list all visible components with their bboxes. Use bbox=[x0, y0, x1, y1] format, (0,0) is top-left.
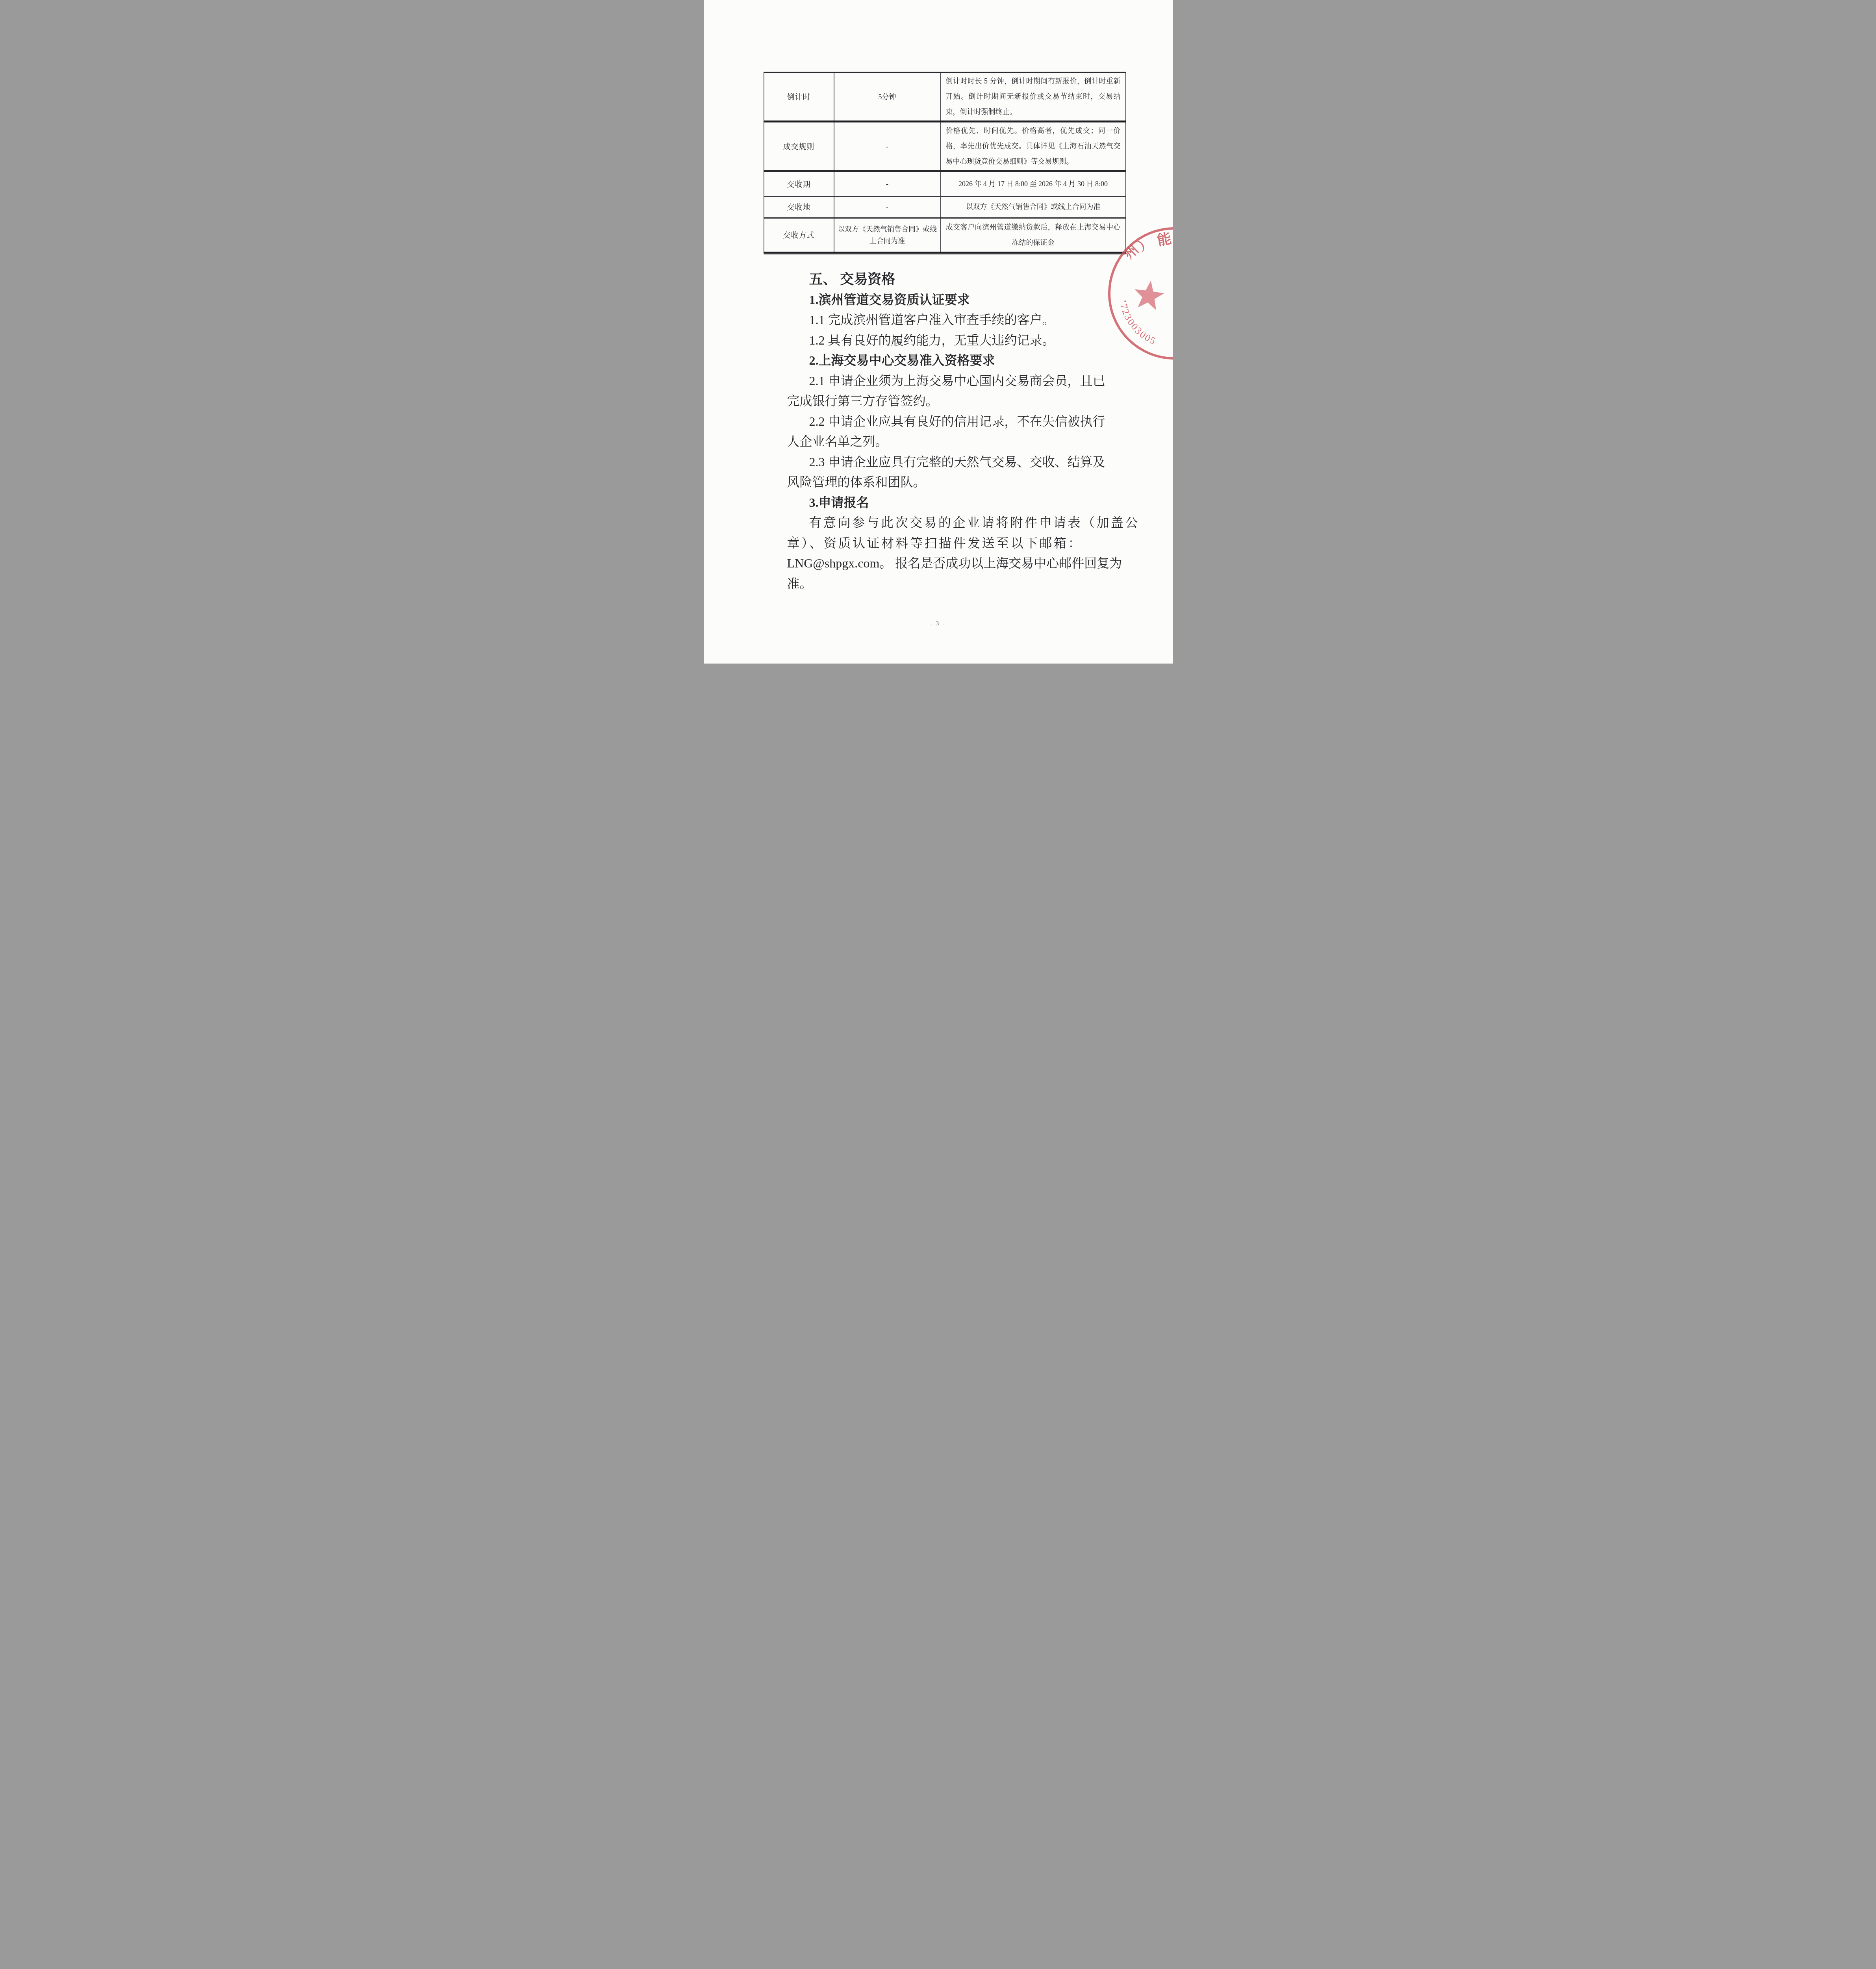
table-row: 交收方式以双方《天然气销售合同》或线上合同为准成交客户向滨州管道缴纳货款后，释放… bbox=[764, 218, 1126, 252]
body-line: 风险管理的体系和团队。 bbox=[787, 472, 1116, 493]
body-line: 1.1 完成滨州管道客户准入审查手续的客户。 bbox=[787, 310, 1116, 330]
seal-top-char: ） bbox=[1135, 235, 1154, 254]
table-cell-detail: 倒计时时长 5 分钟，倒计时期间有新报价，倒计时重新开始。倒计时期间无新报价或交… bbox=[941, 72, 1126, 122]
table-cell-detail: 价格优先、时间优先。价格高者，优先成交；同一价格，率先出价优先成交。具体详见《上… bbox=[941, 122, 1126, 171]
body-line: 有意向参与此次交易的企业请将附件申请表（加盖公 bbox=[787, 513, 1116, 533]
section-heading: 3.申请报名 bbox=[787, 493, 1116, 513]
section-heading: 五、 交易资格 bbox=[787, 269, 1116, 290]
body-line: 1.2 具有良好的履约能力，无重大违约记录。 bbox=[787, 330, 1116, 351]
table-cell-label: 交收地 bbox=[764, 197, 834, 218]
table-cell-detail: 成交客户向滨州管道缴纳货款后，释放在上海交易中心冻结的保证金 bbox=[941, 218, 1126, 252]
section-heading: 1.滨州管道交易资质认证要求 bbox=[787, 290, 1116, 310]
seal-serial-number: ’723003005 bbox=[1117, 299, 1158, 347]
document-body: 五、 交易资格1.滨州管道交易资质认证要求1.1 完成滨州管道客户准入审查手续的… bbox=[787, 269, 1116, 594]
table-cell-value: - bbox=[834, 122, 941, 171]
body-line: 2.3 申请企业应具有完整的天然气交易、交收、结算及 bbox=[787, 452, 1116, 473]
table-cell-label: 交收期 bbox=[764, 171, 834, 197]
body-line: LNG@shpgx.com。 报名是否成功以上海交易中心邮件回复为 bbox=[787, 553, 1116, 574]
body-line: 2.1 申请企业须为上海交易中心国内交易商会员，且已 bbox=[787, 371, 1116, 391]
section-heading: 2.上海交易中心交易准入资格要求 bbox=[787, 350, 1116, 371]
table-cell-detail: 2026 年 4 月 17 日 8:00 至 2026 年 4 月 30 日 8… bbox=[941, 171, 1126, 197]
table-row: 倒计时5分钟倒计时时长 5 分钟，倒计时期间有新报价，倒计时重新开始。倒计时期间… bbox=[764, 72, 1126, 122]
table-row: 交收期-2026 年 4 月 17 日 8:00 至 2026 年 4 月 30… bbox=[764, 171, 1126, 197]
table-cell-detail: 以双方《天然气销售合同》或线上合同为准 bbox=[941, 197, 1126, 218]
seal-top-char: 能 bbox=[1156, 230, 1173, 248]
body-line: 章）、资质认证材料等扫描件发送至以下邮箱： bbox=[787, 533, 1116, 554]
table-row: 成交规则-价格优先、时间优先。价格高者，优先成交；同一价格，率先出价优先成交。具… bbox=[764, 122, 1126, 171]
seal-star-icon bbox=[1132, 278, 1165, 311]
body-line: 完成银行第三方存管签约。 bbox=[787, 391, 1116, 412]
table-cell-label: 成交规则 bbox=[764, 122, 834, 171]
document-page: 倒计时5分钟倒计时时长 5 分钟，倒计时期间有新报价，倒计时重新开始。倒计时期间… bbox=[704, 0, 1173, 664]
table-cell-value: - bbox=[834, 171, 941, 197]
table-cell-label: 倒计时 bbox=[764, 72, 834, 122]
page-number: - 3 - bbox=[704, 621, 1173, 627]
body-line: 人企业名单之列。 bbox=[787, 432, 1116, 452]
body-line: 2.2 申请企业应具有良好的信用记录，不在失信被执行 bbox=[787, 412, 1116, 432]
trade-spec-table: 倒计时5分钟倒计时时长 5 分钟，倒计时期间有新报价，倒计时重新开始。倒计时期间… bbox=[764, 72, 1126, 254]
table-cell-label: 交收方式 bbox=[764, 218, 834, 252]
body-line: 准。 bbox=[787, 574, 1116, 594]
table-row: 交收地-以双方《天然气销售合同》或线上合同为准 bbox=[764, 197, 1126, 218]
table-cell-value: 以双方《天然气销售合同》或线上合同为准 bbox=[834, 218, 941, 252]
table-cell-value: 5分钟 bbox=[834, 72, 941, 122]
table-cell-value: - bbox=[834, 197, 941, 218]
